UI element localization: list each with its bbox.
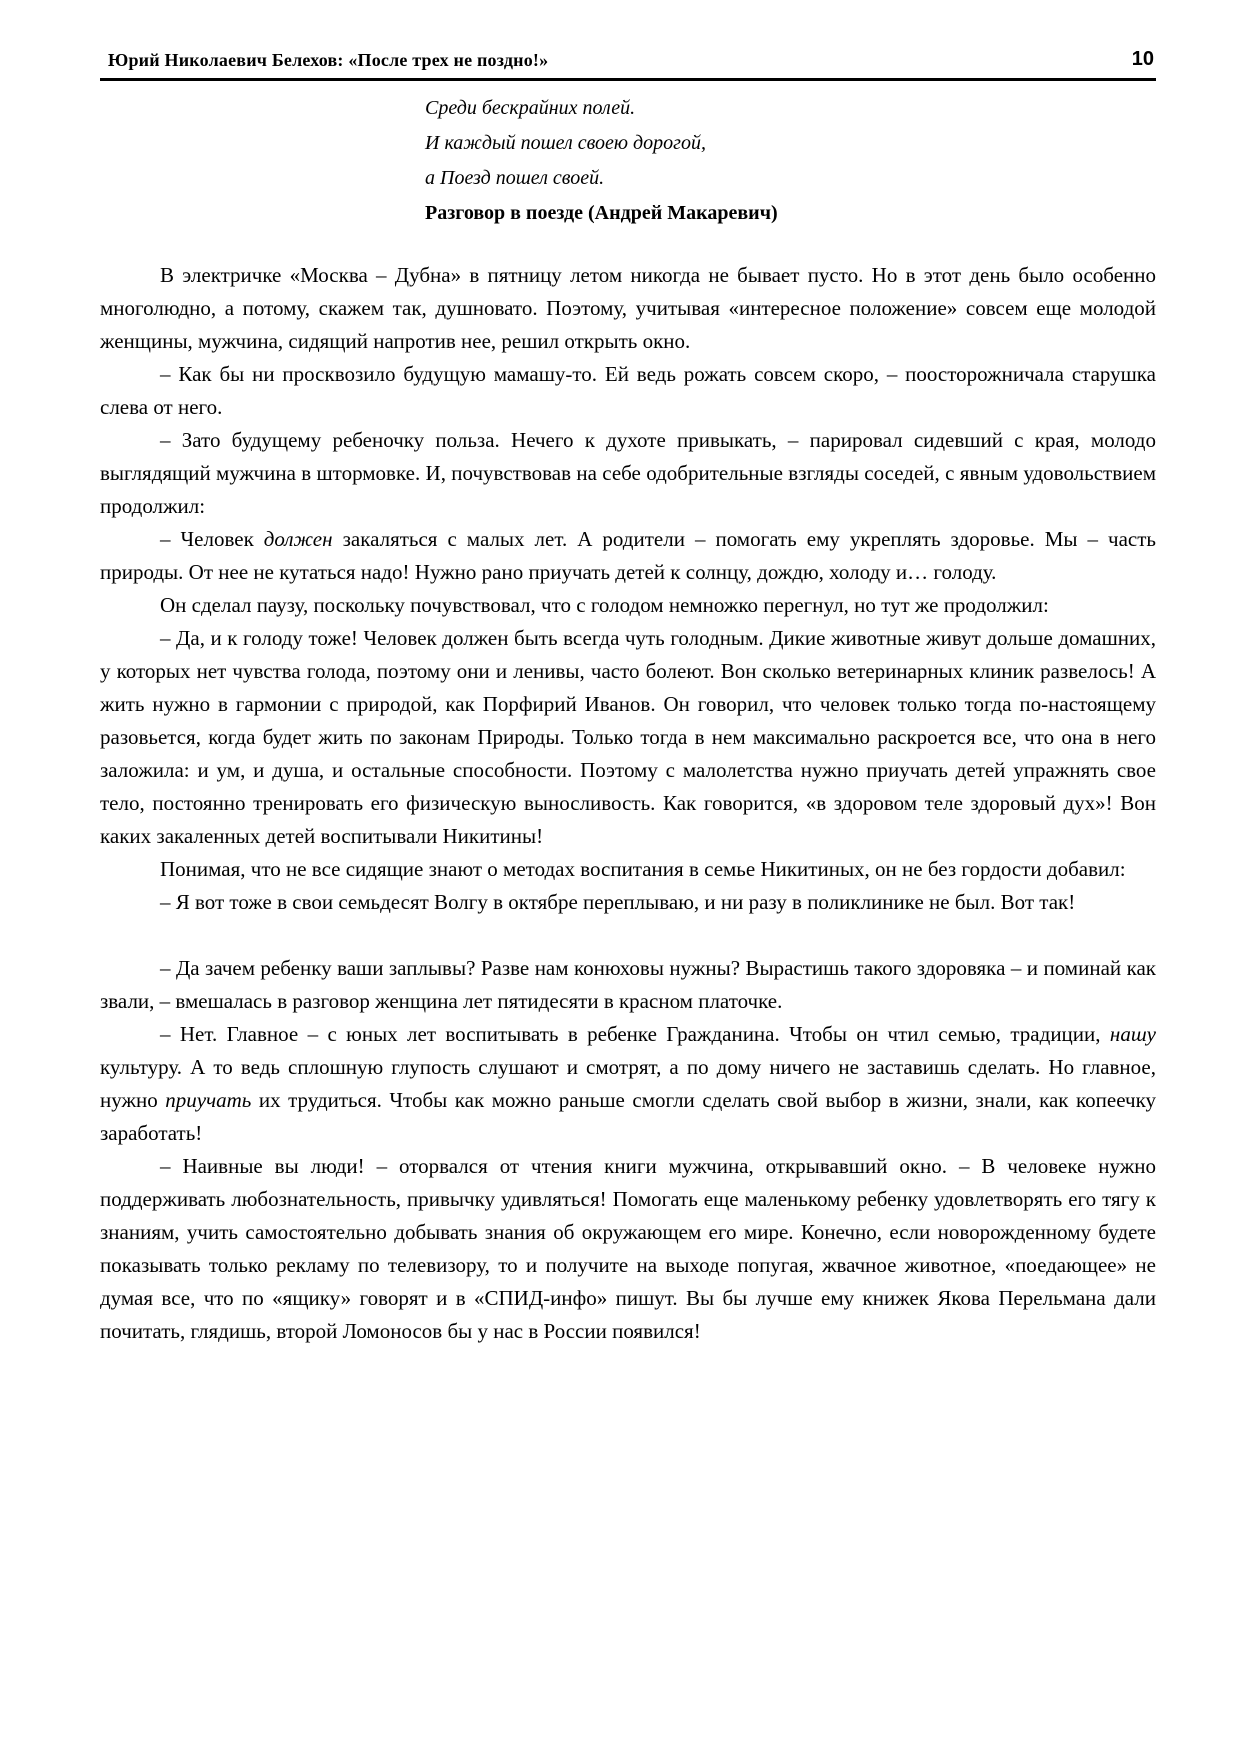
blank-line [100,919,1156,952]
page-header: Юрий Николаевич Белехов: «После трех не … [100,48,1156,81]
text-run: – Да зачем ребенку ваши заплывы? Разве н… [100,956,1156,1013]
text-run: – Я вот тоже в свои семьдесят Волгу в ок… [160,890,1075,914]
text-run: их трудиться. Чтобы как можно раньше смо… [100,1088,1156,1145]
page-number: 10 [1132,48,1156,71]
page-content: Юрий Николаевич Белехов: «После трех не … [100,0,1156,1348]
text-run: В электричке «Москва – Дубна» в пятницу … [100,263,1156,353]
text-run: – Нет. Главное – с юных лет воспитывать … [160,1022,1110,1046]
epigraph-line: И каждый пошел своею дорогой, [425,126,1156,161]
paragraph: – Да, и к голоду тоже! Человек должен бы… [100,622,1156,853]
paragraph: – Нет. Главное – с юных лет воспитывать … [100,1018,1156,1150]
text-run: Он сделал паузу, поскольку почувствовал,… [160,593,1049,617]
text-run: Понимая, что не все сидящие знают о мето… [160,857,1126,881]
epigraph: Среди бескрайних полей. И каждый пошел с… [425,91,1156,231]
emphasized-text: приучать [165,1088,251,1112]
text-run: – Да, и к голоду тоже! Человек должен бы… [100,626,1156,848]
text-run: – Человек [160,527,264,551]
paragraph: – Наивные вы люди! – оторвался от чтения… [100,1150,1156,1348]
text-run: – Зато будущему ребеночку польза. Нечего… [100,428,1156,518]
document-page: Юрий Николаевич Белехов: «После трех не … [0,0,1240,1754]
running-title: Юрий Николаевич Белехов: «После трех не … [100,50,548,71]
epigraph-attribution: Разговор в поезде (Андрей Макаревич) [425,196,1156,231]
emphasized-text: должен [264,527,333,551]
paragraph: – Я вот тоже в свои семьдесят Волгу в ок… [100,886,1156,919]
text-run: – Наивные вы люди! – оторвался от чтения… [100,1154,1156,1343]
epigraph-line: Среди бескрайних полей. [425,91,1156,126]
paragraph: – Как бы ни просквозило будущую мамашу-т… [100,358,1156,424]
body-text: В электричке «Москва – Дубна» в пятницу … [100,259,1156,1348]
paragraph: Понимая, что не все сидящие знают о мето… [100,853,1156,886]
paragraph: – Да зачем ребенку ваши заплывы? Разве н… [100,952,1156,1018]
paragraph: – Человек должен закаляться с малых лет.… [100,523,1156,589]
epigraph-line: а Поезд пошел своей. [425,161,1156,196]
paragraph: В электричке «Москва – Дубна» в пятницу … [100,259,1156,358]
emphasized-text: нашу [1110,1022,1156,1046]
text-run: – Как бы ни просквозило будущую мамашу-т… [100,362,1156,419]
paragraph: – Зато будущему ребеночку польза. Нечего… [100,424,1156,523]
paragraph: Он сделал паузу, поскольку почувствовал,… [100,589,1156,622]
